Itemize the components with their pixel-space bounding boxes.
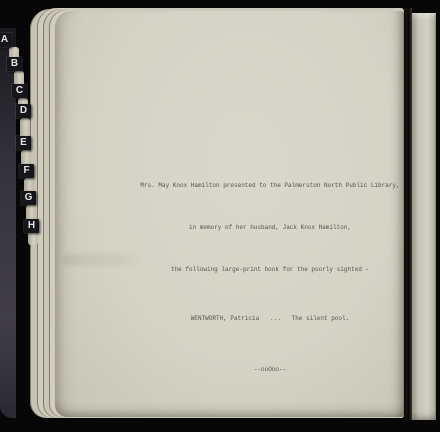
index-tab-f: F [19, 164, 34, 178]
index-tab-d: D [16, 104, 31, 118]
typed-divider: --ooOoo-- [136, 363, 404, 377]
tab-card-edge [20, 118, 30, 136]
tab-card-edge [9, 47, 19, 57]
index-tab-g: G [21, 191, 36, 205]
book-page: Mrs. May Knox Hamilton presented to the … [55, 11, 404, 417]
page-show-through [63, 254, 145, 266]
book-photo: Mrs. May Knox Hamilton presented to the … [0, 0, 440, 432]
inscription-line-2: in memory of her husband, Jack Knox Hami… [136, 221, 404, 235]
facing-page-edge [412, 13, 436, 420]
index-tab-a: A [0, 33, 12, 47]
tab-card-edge [28, 233, 38, 245]
inscription-block: Mrs. May Knox Hamilton presented to the … [136, 151, 404, 405]
book-gutter [403, 8, 412, 420]
index-tab-b: B [7, 57, 22, 71]
tab-card-edge [21, 150, 31, 164]
tab-card-edge [24, 178, 34, 191]
tab-card-edge [26, 205, 36, 219]
catalog-entry: WENTWORTH, Patricia ... The silent pool. [136, 312, 404, 326]
inscription-line-3: the following large-print book for the p… [136, 263, 404, 277]
tab-card-edge [14, 71, 24, 84]
inscription-line-1: Mrs. May Knox Hamilton presented to the … [136, 179, 404, 193]
index-tab-h: H [24, 219, 39, 233]
index-tab-c: C [12, 84, 27, 98]
index-tab-e: E [16, 136, 31, 150]
